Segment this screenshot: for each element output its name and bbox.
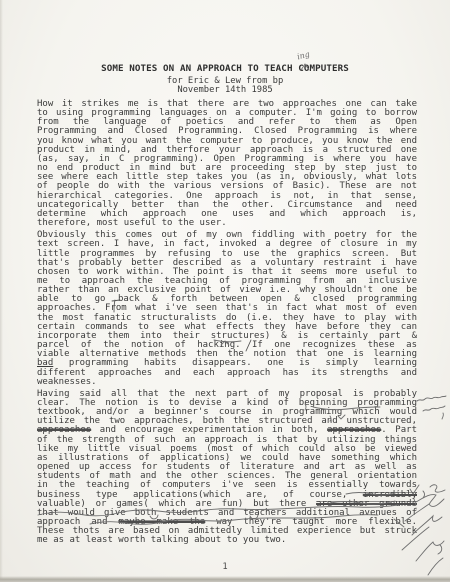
margin-scribble-3 [430,485,445,492]
document-date: November 14th 1985 [0,86,450,95]
margin-scribble-4 [416,495,444,507]
paragraph: How it strikes me is that there are two … [37,100,417,228]
document-header: SOME NOTES ON AN APPROACH TO TEACH COMPU… [0,64,450,95]
scanned-document-page: SOME NOTES ON AN APPROACH TO TEACH COMPU… [0,0,450,582]
text-line: weaknesses. [37,378,417,387]
scan-edge-bottom [0,576,450,582]
text-line: therefore, most useful to the user. [37,219,417,228]
margin-scribble-1 [417,396,446,401]
paragraph: Having said all that the next part of my… [37,390,417,546]
document-body: How it strikes me is that there are two … [37,100,417,549]
margin-scribble-8 [416,541,444,561]
document-title: SOME NOTES ON AN APPROACH TO TEACH COMPU… [0,64,450,74]
page-number: 1 [0,562,450,572]
paragraph: Obviously this comes out of my own fiddl… [37,231,417,387]
text-line: me as at least worth talking about to yo… [37,536,417,545]
margin-scribble-2 [423,406,445,419]
handwritten-insertion-ing: ing [296,50,311,62]
